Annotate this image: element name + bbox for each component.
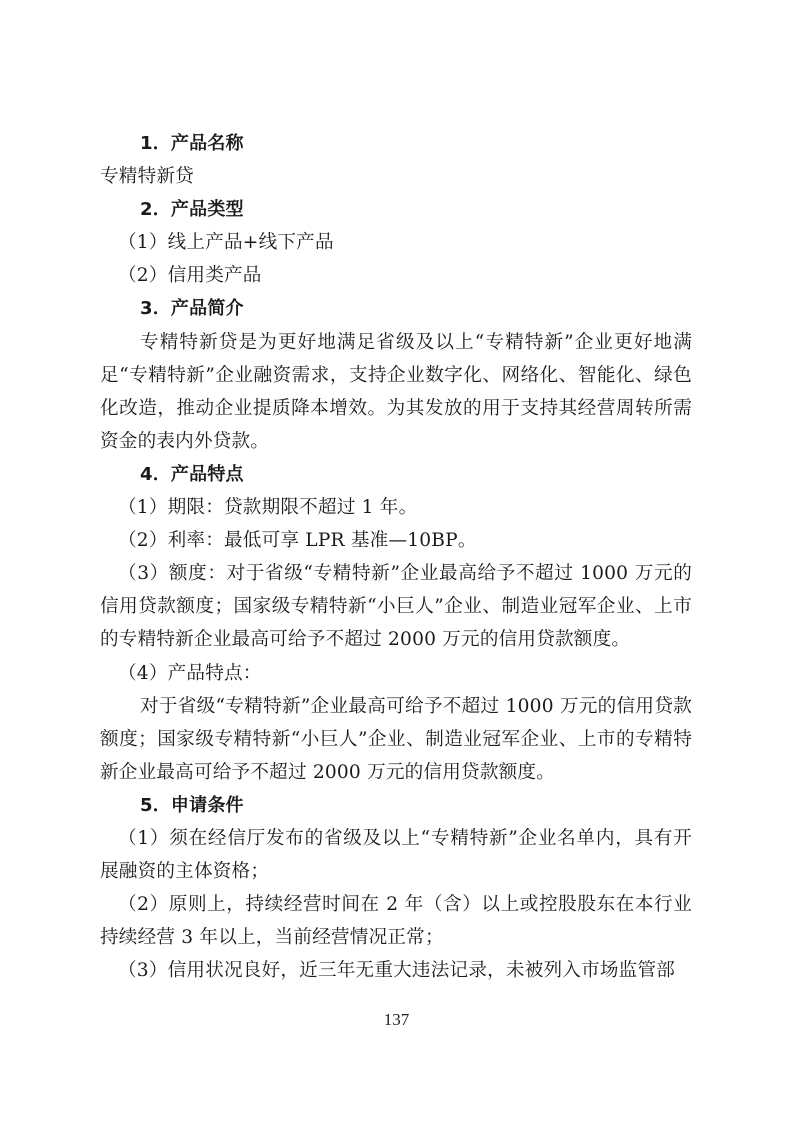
- section-heading-product-name: 1．产品名称: [100, 127, 692, 160]
- document-body: 1．产品名称 专精特新贷 2．产品类型 （1）线上产品+线下产品 （2）信用类产…: [100, 127, 692, 987]
- section-heading-product-type: 2．产品类型: [100, 193, 692, 226]
- condition-2: （2）原则上，持续经营时间在 2 年（含）以上或控股股东在本行业持续经营 3 年…: [100, 888, 692, 954]
- product-name-text: 专精特新贷: [100, 160, 692, 193]
- product-type-item-2: （2）信用类产品: [100, 259, 692, 292]
- product-type-item-1: （1）线上产品+线下产品: [100, 226, 692, 259]
- feature-characteristics-label: （4）产品特点：: [100, 657, 692, 690]
- condition-3: （3）信用状况良好，近三年无重大违法记录，未被列入市场监管部: [100, 954, 692, 987]
- section-heading-application-conditions: 5．申请条件: [100, 789, 692, 822]
- document-page: 1．产品名称 专精特新贷 2．产品类型 （1）线上产品+线下产品 （2）信用类产…: [0, 0, 793, 1122]
- feature-amount: （3）额度：对于省级“专精特新”企业最高给予不超过 1000 万元的信用贷款额度…: [100, 557, 692, 656]
- condition-1: （1）须在经信厅发布的省级及以上“专精特新”企业名单内，具有开展融资的主体资格；: [100, 822, 692, 888]
- page-number: 137: [0, 1010, 793, 1030]
- section-heading-product-intro: 3．产品简介: [100, 292, 692, 325]
- feature-characteristics-text: 对于省级“专精特新”企业最高可给予不超过 1000 万元的信用贷款额度；国家级专…: [100, 690, 692, 789]
- section-heading-product-features: 4．产品特点: [100, 458, 692, 491]
- feature-rate: （2）利率：最低可享 LPR 基准—10BP。: [100, 524, 692, 557]
- product-intro-paragraph: 专精特新贷是为更好地满足省级及以上“专精特新”企业更好地满足“专精特新”企业融资…: [100, 326, 692, 458]
- feature-term: （1）期限：贷款期限不超过 1 年。: [100, 491, 692, 524]
